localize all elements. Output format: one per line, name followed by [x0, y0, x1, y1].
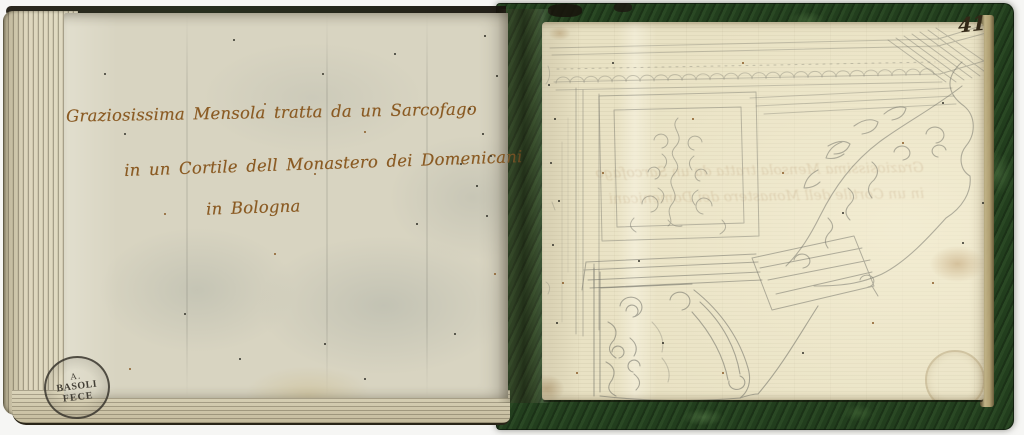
foxing-speckles: [64, 13, 66, 15]
panel-foliage: [630, 118, 725, 234]
corbel-profile: [594, 268, 818, 400]
paper-crease: [426, 13, 428, 398]
acanthus-console: [786, 62, 973, 286]
sketchbook-scan: Graziosissima Mensola tratta da un Sarco…: [0, 0, 1024, 435]
cornice-lines: [550, 39, 956, 322]
capital-block: [752, 236, 878, 310]
caption-line-2: in un Cortile dell Monastero dei Domenic…: [124, 147, 523, 180]
paper-crease: [326, 13, 328, 398]
stamp-line-3: FECE: [62, 390, 94, 405]
pilaster-lines: [576, 88, 599, 336]
cover-wear-spot: [614, 3, 632, 12]
caption-line-1: Graziosissima Mensola tratta da un Sarco…: [66, 99, 477, 125]
recessed-panel: [599, 92, 759, 241]
stray-pencil-marks: [546, 66, 555, 294]
blind-stamp-circle: [925, 350, 984, 400]
left-page: Graziosissima Mensola tratta da un Sarco…: [64, 13, 508, 398]
caption-line-3: in Bologna: [206, 196, 301, 218]
pencil-sketch-mensola: [542, 22, 984, 400]
paper-crease: [186, 13, 188, 398]
page-number: 41: [958, 10, 986, 37]
right-page: Graziosissima Mensola tratta da un Sarco…: [542, 22, 984, 400]
cover-wear-spot: [548, 4, 582, 17]
